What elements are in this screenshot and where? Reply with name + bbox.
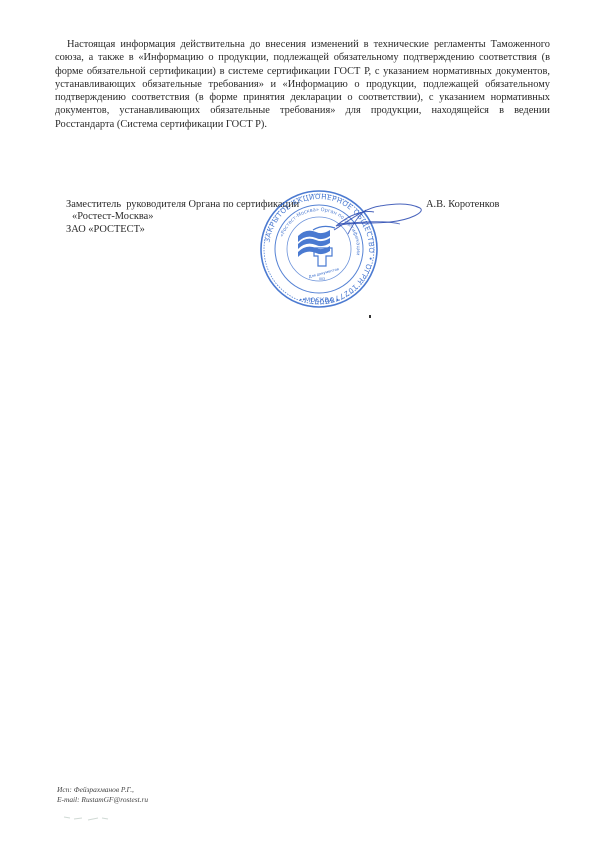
signer-name: А.В. Коротенков xyxy=(426,199,499,210)
document-page: Настоящая информация действительна до вн… xyxy=(0,0,601,850)
stamp-city: • МОСКВА • xyxy=(299,296,340,304)
stamp-center-number: 003 xyxy=(319,277,325,281)
executor-line: Исп: Фейзрахманов Р.Г., xyxy=(57,785,148,795)
handwritten-signature-icon xyxy=(330,200,430,240)
ink-dot xyxy=(369,315,371,318)
footer-contacts: Исп: Фейзрахманов Р.Г., E-mail: RustamGF… xyxy=(57,785,148,804)
scan-smudge xyxy=(62,813,117,823)
info-paragraph: Настоящая информация действительна до вн… xyxy=(55,38,550,131)
email-line: E-mail: RustamGF@rostest.ru xyxy=(57,795,148,805)
